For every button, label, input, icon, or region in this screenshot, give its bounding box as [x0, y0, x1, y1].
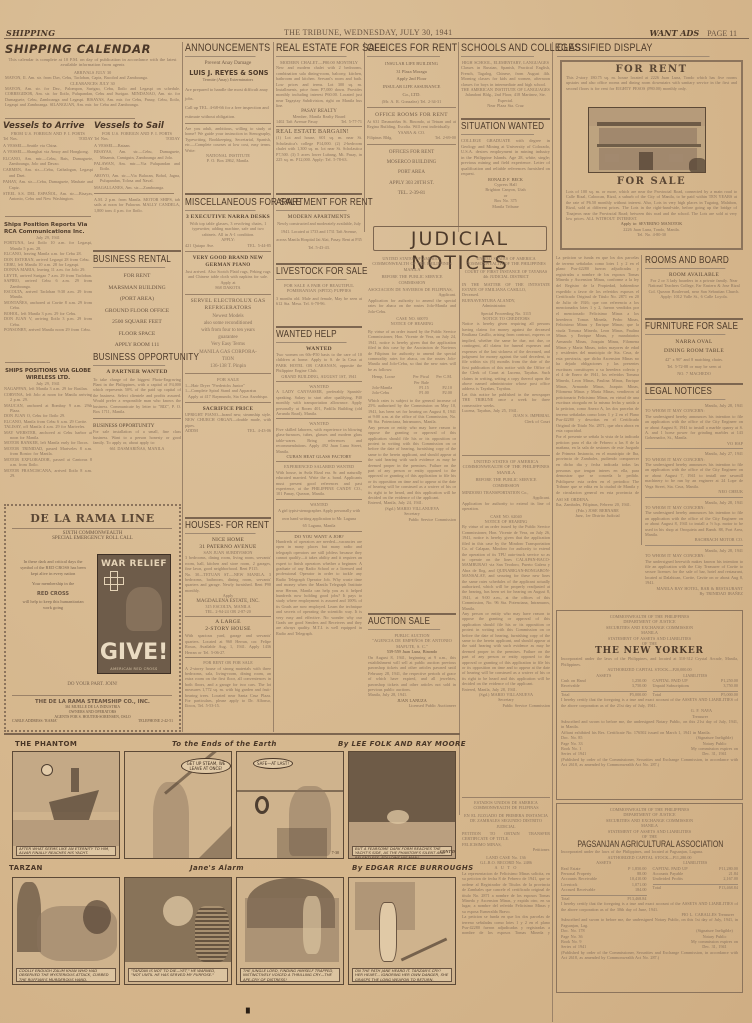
ship-position-entry: CORVINA, left Jolo at noon for Manila ar… — [4, 392, 92, 403]
misc-sale-header: MISCELLANEOUS FOR SALE — [185, 197, 256, 211]
vessel-entry: AROYO, Am. str.—Via Bulacan, Bohol, Jagn… — [94, 173, 180, 184]
page-label: WANT ADSPAGE 11 — [649, 28, 737, 39]
office-line: MOSERCO BUILDING — [367, 158, 456, 168]
rental-line: 2500 SQUARE FEET — [93, 317, 181, 329]
striped-figure — [195, 906, 229, 962]
account-value: 184.00 — [635, 887, 647, 892]
account-name: Undivided Profits — [653, 876, 683, 881]
ship-funnel — [71, 768, 79, 792]
vessel-entry: A VESSEL—Shanghai via Amoy and Hongkong. — [3, 149, 93, 154]
war-relief-poster: WAR RELIEF GIVE! AMERICAN RED CROSS — [97, 554, 171, 674]
phantom-byline: By LEE FOLK AND RAY MOORE — [338, 740, 466, 748]
comic-panel: GET UP STEAM, WE LEAVE AT ONCE! — [124, 751, 232, 859]
de-la-rama-ad: DE LA RAMA LINE SIXTH COMMONWEALTH SPECI… — [4, 504, 181, 732]
tarzan-episode: Jane's Alarm — [190, 864, 244, 872]
legal-notice-item: Manila, July 27, 1941TO WHOM IT MAY CONC… — [645, 451, 743, 497]
tarzan-figure — [303, 896, 321, 954]
panel-caption: But a fearsome dark form reaches the yac… — [352, 846, 452, 856]
office-line: TEL. 2-39-81 — [367, 189, 456, 199]
statement-row: Accrued Receivable184.00 — [561, 887, 647, 892]
notice-body: The undersigned hereby announces his int… — [645, 462, 743, 489]
vessel-entry: PAHAY, Am. str.—Cebu, Dumaguete, Masbate… — [3, 179, 93, 190]
apartment-for-rent: APARTMENT FOR RENT MODERN APARTMENTS New… — [276, 197, 362, 252]
speech-bubble: GET UP STEAM, WE LEAVE AT ONCE! — [181, 758, 231, 774]
doc-ref: Series of 1941 — [561, 751, 586, 756]
rates-table: Hemp, LoosePer PiculPer C.M.Per BaleJolo… — [372, 374, 452, 396]
ad-line: TION — [185, 356, 271, 363]
panel-caption: Coolly enough Zalim Khan who had observe… — [16, 968, 116, 982]
red-cross-label: RED CROSS — [20, 591, 86, 597]
red-cross-icon — [104, 571, 122, 589]
legal-notices: LEGAL NOTICES Manila, July 28, 1941TO WH… — [645, 386, 743, 600]
schools-and-colleges: SCHOOLS AND COLLEGES HIGH SCHOOL, ELEMEN… — [461, 42, 550, 109]
ship-position-entry: MOTOR TRINIDAD, passed Mariveles 8 a.m. … — [4, 446, 92, 457]
office-line: 31 Plaza Moraga — [367, 68, 456, 76]
legal-notices-header: LEGAL NOTICES — [645, 386, 725, 400]
statement-row: Receivable3,750.00 — [561, 683, 647, 688]
table-row: Jolo-CebuP1.00P2.00 — [372, 390, 452, 395]
vessel-entry: A VESSEL—Seattle via China. — [3, 143, 93, 148]
ship-position-entry: PONSONBY, arrived Manila noon 29 from Ce… — [4, 327, 92, 332]
notice-body: The undersigned hereby announces his int… — [645, 414, 743, 441]
account-name: Receivable — [561, 683, 580, 688]
account-value: 3,750.00 — [632, 683, 647, 688]
real-estate-header: REAL ESTATE FOR SALE — [276, 42, 347, 57]
announcements-header: ANNOUNCEMENTS — [185, 42, 256, 57]
panel-caption: On the path Jane heard it. Tarzan's cry!… — [352, 968, 452, 982]
ad-line: guarantee — [185, 334, 271, 341]
judicial-notice-4-continued: La peticion se funda en que los dos parc… — [556, 255, 639, 519]
panel-caption: The jungle lord, finding himself trapped… — [240, 968, 340, 982]
office-line: PORT AREA — [367, 168, 456, 178]
office-line: OFFICES FOR RENT — [367, 148, 456, 158]
moon-icon — [41, 764, 53, 776]
notice-signature: NEO CHEUK — [645, 489, 743, 494]
comic-panel: After what seems like an eternity to him… — [12, 751, 120, 859]
wanted-help: WANTED HELP WANTED Two women on 60c-P50 … — [276, 329, 362, 636]
manotok-ad: FOR RENT This 2-story 180.75 sq. m. hous… — [560, 60, 743, 250]
crowd — [245, 898, 339, 962]
comic-panel: The jungle lord, finding himself trapped… — [236, 877, 344, 985]
doc-ref: Series of 1941 — [561, 944, 586, 949]
legal-notice-item: Manila, July 28, 1941TO WHOM IT MAY CONC… — [645, 500, 743, 546]
account-value: 3,750.00 — [723, 683, 738, 688]
office-line: INSULAR LIFE ASSURANCE — [367, 83, 456, 91]
rooms-header: ROOMS AND BOARD — [645, 255, 725, 269]
comic-panel: SAFE—AT LAST!7-30 — [236, 751, 344, 859]
furniture-for-sale: FURNITURE FOR SALE NARRA OVAL DINING ROO… — [645, 321, 743, 377]
table-cell: P2.00 — [429, 390, 452, 395]
comic-panel: On the path Jane heard it. Tarzan's cry!… — [348, 877, 456, 985]
comic-panel: But a fearsome dark form reaches the yac… — [348, 751, 456, 859]
legal-notice-item: Manila, July 28, 1941TO WHOM IT MAY CONC… — [645, 403, 743, 449]
section-right: WANT ADS — [649, 28, 699, 38]
judicial-notice-4: ESTADOS UNIDOS DE AMERICA COMMONWEALTH D… — [462, 800, 550, 936]
vessel-entry: BISAYAS, Am. str.—Cebu, Dumaguete, Misam… — [94, 149, 180, 160]
pagsanjan-statement: COMMONWEALTH OF THE PHILIPPINES DEPARTME… — [556, 803, 743, 993]
legal-notice-item: Manila, July 28, 1941TO WHOM IT MAY CONC… — [645, 548, 743, 599]
situation-header: SITUATION WANTED — [461, 121, 534, 135]
ad-line: Newest Models — [185, 313, 271, 320]
strip-date: 7-30 — [332, 850, 339, 855]
sea — [13, 820, 120, 846]
judicial-notices-banner: JUDICIAL NOTICES — [373, 226, 547, 251]
ship-position-entry: MAUCAN, anchored at Bombay 9 a.m. 29th P… — [4, 403, 92, 414]
cta-text: DO YOUR PART. JOIN! — [6, 682, 179, 687]
business-opportunity: BUSINESS OPPORTUNITY A PARTNER WANTED To… — [93, 352, 181, 451]
page-number: PAGE 11 — [707, 29, 737, 38]
figure — [153, 782, 189, 859]
company-name: PAGSANJAN AGRICULTURAL ASSOCIATION — [577, 839, 721, 849]
rental-line: APPLY ROOM 111 — [93, 340, 181, 352]
wanted-help-header: WANTED HELP — [276, 329, 347, 343]
vessel-entry: PALAWAN, Am. mtr.—Via Pulupandan and Ilo… — [94, 161, 180, 172]
company-name: THE NEW YORKER — [557, 646, 742, 656]
judicial-notice-2: UNITED STATES OF AMERICA COMMONWEALTH OF… — [462, 256, 550, 424]
masthead: SHIPPING THE TRIBUNE, WEDNESDAY, JULY 30… — [4, 28, 749, 39]
ship-position-entry: MOTOR EXPLORADOR, passed at Cantoras 8 a… — [4, 457, 92, 468]
notary-line: (Signature Ineligible) — [691, 928, 738, 933]
notary-line: (Signature Ineligible) — [691, 735, 738, 740]
situation-wanted: SITUATION WANTED COLLEGE GRADUATE with d… — [461, 121, 550, 209]
account-value: 2,167.00 — [723, 876, 738, 881]
notice-body: The undersigned hereby announces his int… — [645, 510, 743, 537]
real-estate-for-sale: REAL ESTATE FOR SALE MODERN CHALET—P80.0… — [276, 42, 362, 163]
vessel-entry: ELCANO, Am. mtr.—Cebu, Bais, Dumaguete, … — [3, 156, 93, 167]
house-photo — [588, 107, 706, 173]
stairs — [195, 822, 232, 859]
company-name: LUIS J. REYES & SONS — [189, 68, 266, 77]
panel-caption: After what seems like an eternity to him… — [16, 846, 116, 856]
statement-row: Unpaid Subscriptions3,750.00 — [653, 683, 739, 688]
tarzan-title: TARZAN — [9, 864, 43, 872]
vessel-entry: MAGALLANES, Am. str.—Zamboanga. — [94, 185, 180, 190]
panel-caption: "Tarzan is not to die—yet," he warned, "… — [128, 968, 228, 982]
rental-line: (PORT AREA) — [93, 294, 181, 306]
ad-line: MANILA GAS CORPORA- — [185, 349, 271, 356]
fold-mark: ▖ — [246, 1003, 254, 1014]
business-rental: BUSINESS RENTAL FOR RENTMARSMAN BUILDING… — [93, 250, 181, 352]
classified-header: CLASSIFIED DISPLAY — [557, 42, 710, 57]
continued-tag: CONT'D — [440, 849, 455, 854]
classified-display: CLASSIFIED DISPLAY — [557, 42, 743, 60]
vessel-entry: A VESSEL—Bataan. — [94, 143, 180, 148]
judicial-notice-1: UNITED STATES OF AMERICA COMMONWEALTH OF… — [368, 256, 456, 522]
ship-position-entry: MOTOR FRANCISCANA, arrived Iloilo 8 a.m.… — [4, 468, 92, 479]
office-line: Co., LTD. — [367, 91, 456, 99]
judicial-notice-3: UNITED STATES OF AMERICA COMMONWEALTH OF… — [462, 459, 550, 708]
miscellaneous-for-sale: MISCELLANEOUS FOR SALE 3 EXECUTIVE NARRA… — [185, 197, 271, 434]
ship-position-entry: MAY WEBSTER, anchored at Cebu harbor at … — [4, 430, 92, 441]
life-ring-icon — [255, 796, 269, 814]
notice-signature: BACHRACH MOTOR CO. — [645, 537, 743, 542]
houses-for-rent: HOUSES- FOR RENT NICE HOME 31 PATERNO AV… — [185, 520, 271, 709]
auction-sale: AUCTION SALE PUBLIC AUCTION "AGENCIA DE … — [368, 616, 456, 709]
notary-line: Dec. 31, 1941 — [691, 751, 738, 756]
new-yorker-statement: COMMONWEALTH OF THE PHILIPPINES DEPARTME… — [556, 610, 743, 800]
business-rental-header: BUSINESS RENTAL — [93, 254, 165, 268]
rental-line: MARSMAN BUILDING — [93, 283, 181, 295]
ad-line: 136-138 T. Pinpin — [185, 363, 271, 370]
doc-ref: Doc. No. 85 — [561, 735, 586, 740]
ship-position-entry: DON JUAN V, arriving Iloilo 3 p.m. 29 fr… — [4, 316, 92, 327]
notice-body: The undersigned herewith makes known his… — [645, 559, 743, 586]
turban-man — [163, 896, 193, 926]
livestock-header: LIVESTOCK FOR SALE — [276, 266, 347, 280]
vessel-entry: STEEL S.S. DEL ESPAÑOL, Am. str.—Bisayas… — [3, 191, 93, 202]
vessels-to-sail: Vessels to Sail FOR U.S. FOREIGN AND P. … — [94, 121, 180, 213]
table-cell: Jolo-Cebu — [372, 390, 406, 395]
speech-bubble: SAFE—AT LAST! — [253, 758, 293, 769]
ship-position-entry: ESCOLTA, arrived Tacloban 9:30 a.m. 29 f… — [4, 289, 92, 300]
swimmer — [387, 810, 409, 824]
notary-line: Dec. 31, 1941 — [691, 944, 738, 949]
rental-line: FLOOR SPACE — [93, 329, 181, 341]
rca-reports: Ships Position Reports Via RCA Communica… — [4, 222, 92, 332]
notice-signature: By TRINIDAD IBAÑEZ — [645, 591, 743, 596]
account-name: Accrued Receivable — [561, 887, 595, 892]
account-name: Unpaid Subscriptions — [653, 683, 690, 688]
vessels-to-arrive: Vessels to Arrive FROM U.S. FOREIGN AND … — [3, 121, 93, 202]
auction-header: AUCTION SALE — [368, 616, 440, 630]
woman-hair — [83, 900, 111, 934]
vessel-entry: CARMEN, Am. str.—Cebu, Catbalogan, Legas… — [3, 167, 93, 178]
offices-header: OFFICES FOR RENT — [367, 42, 440, 57]
tarzan-byline: By EDGAR RICE BURROUGHS — [352, 864, 474, 872]
phantom-title: THE PHANTOM — [15, 740, 77, 748]
section-name: SHIPPING — [6, 28, 55, 38]
phantom-episode: To the Ends of the Earth — [172, 740, 277, 748]
railing — [237, 790, 344, 792]
schools-header: SCHOOLS AND COLLEGES — [461, 42, 534, 57]
globe-reports: SHIPS POSITIONS VIA GLOBE WIRELESS LTD. … — [4, 368, 92, 478]
ad-line: also some reconditioned — [185, 320, 271, 327]
office-line: Apply 2nd Floor — [367, 75, 456, 83]
comic-panel: "Tarzan is not to die—yet," he warned, "… — [124, 877, 232, 985]
rental-line: GROUND FLOOR OFFICE — [93, 306, 181, 318]
office-line: INSULAR LIFE BUILDING — [367, 60, 456, 68]
furniture-header: FURNITURE FOR SALE — [645, 321, 725, 335]
statement-row: Undivided Profits2,167.00 — [653, 876, 739, 881]
ship-position-entry: SAPIRO, arrived Cebu 6 a.m. 29 from Zamb… — [4, 278, 92, 289]
jane-figure — [379, 902, 397, 962]
comic-panel: Coolly enough Zalim Khan who had observe… — [12, 877, 120, 985]
ad-line: Very Easy Terms — [185, 341, 271, 348]
doc-ref: Doc. No. 178 — [561, 928, 586, 933]
houses-header: HOUSES- FOR RENT — [185, 520, 256, 534]
notice-signature: VO HAP — [645, 441, 743, 446]
offices-for-rent: OFFICES FOR RENT INSULAR LIFE BUILDING31… — [367, 42, 456, 200]
deck-chair — [277, 828, 327, 858]
apartment-header: APARTMENT FOR RENT — [276, 197, 347, 211]
office-line: APPLY 303 20TH ST. — [367, 179, 456, 189]
shipping-calendar: SHIPPING CALENDAR This calendar is compl… — [5, 42, 180, 108]
rifle — [401, 938, 448, 962]
ship-position-entry: MONTAÑES, anchored at Cavite 8 a.m. 29 f… — [4, 300, 92, 311]
announcements: ANNOUNCEMENTS Prevent Anay Damage LUIS J… — [185, 42, 271, 164]
livestock-for-sale: LIVESTOCK FOR SALE FOR SALE A PAIR OF BE… — [276, 266, 362, 307]
ad-line: with from four to ten years — [185, 327, 271, 334]
newspaper-dateline: THE TRIBUNE, WEDNESDAY, JULY 30, 1941 — [284, 28, 452, 38]
rental-line: FOR RENT — [93, 271, 181, 283]
ship-position-entry: TALISAY, off Manila 4 a.m. 29 for Marive… — [4, 424, 92, 429]
shipping-calendar-title: SHIPPING CALENDAR — [5, 42, 180, 56]
ship-position-entry: FORTUNA, last Iloilo 10 a.m. for Legaspi… — [4, 240, 92, 251]
rooms-and-board: ROOMS AND BOARD ROOM AVAILABLE For 2 or … — [645, 255, 743, 300]
table-cell: P1.00 — [406, 390, 429, 395]
newspaper-page: SHIPPING THE TRIBUNE, WEDNESDAY, JULY 30… — [0, 0, 752, 1023]
ship-position-entry: ELCANO, leaving Manila a.m. for Cebu 28. — [4, 251, 92, 256]
